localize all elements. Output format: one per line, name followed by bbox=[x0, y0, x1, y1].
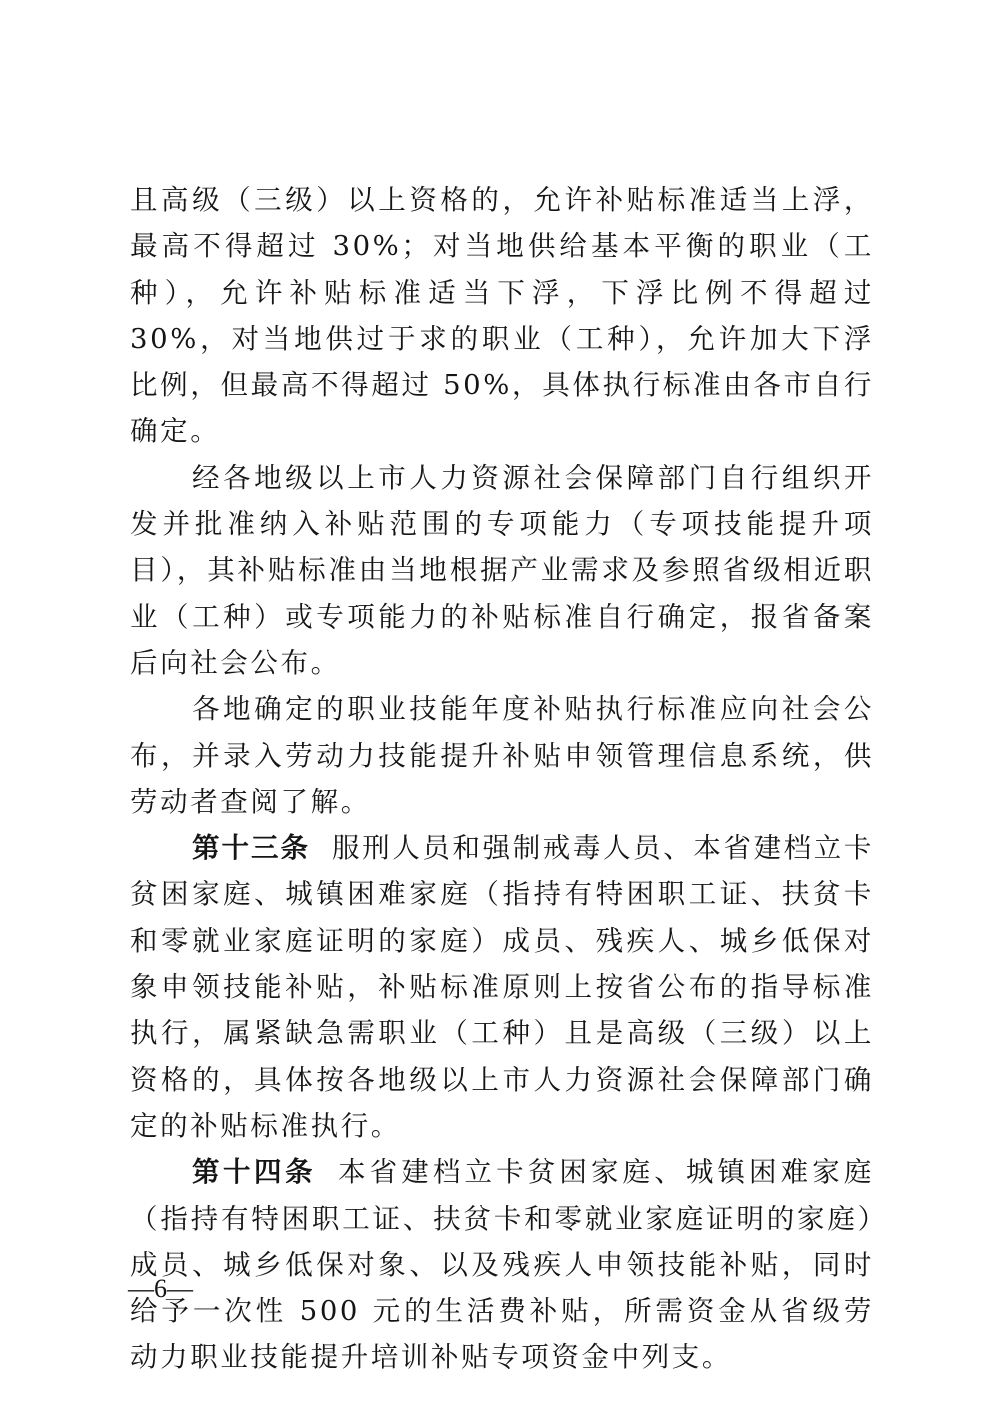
article-13-text: 服刑人员和强制戒毒人员、本省建档立卡贫困家庭、城镇困难家庭（指持有特困职工证、扶… bbox=[130, 832, 874, 1142]
article-13: 第十三条服刑人员和强制戒毒人员、本省建档立卡贫困家庭、城镇困难家庭（指持有特困职… bbox=[130, 825, 874, 1149]
article-14-number: 第十四条 bbox=[192, 1156, 316, 1188]
document-page: 且高级（三级）以上资格的，允许补贴标准适当上浮，最高不得超过 30%；对当地供给… bbox=[0, 0, 1000, 1414]
document-body: 且高级（三级）以上资格的，允许补贴标准适当上浮，最高不得超过 30%；对当地供给… bbox=[130, 177, 874, 1381]
article-13-number: 第十三条 bbox=[192, 832, 310, 864]
article-14-text: 本省建档立卡贫困家庭、城镇困难家庭（指持有特困职工证、扶贫卡和零就业家庭证明的家… bbox=[130, 1156, 874, 1373]
page-number: —6— bbox=[128, 1274, 193, 1304]
paragraph-standard-adjustment: 且高级（三级）以上资格的，允许补贴标准适当上浮，最高不得超过 30%；对当地供给… bbox=[130, 177, 874, 455]
paragraph-special-ability-standard: 经各地级以上市人力资源社会保障部门自行组织开发并批准纳入补贴范围的专项能力（专项… bbox=[130, 455, 874, 686]
article-14: 第十四条本省建档立卡贫困家庭、城镇困难家庭（指持有特困职工证、扶贫卡和零就业家庭… bbox=[130, 1149, 874, 1380]
paragraph-publish-standard: 各地确定的职业技能年度补贴执行标准应向社会公布，并录入劳动力技能提升补贴申领管理… bbox=[130, 686, 874, 825]
